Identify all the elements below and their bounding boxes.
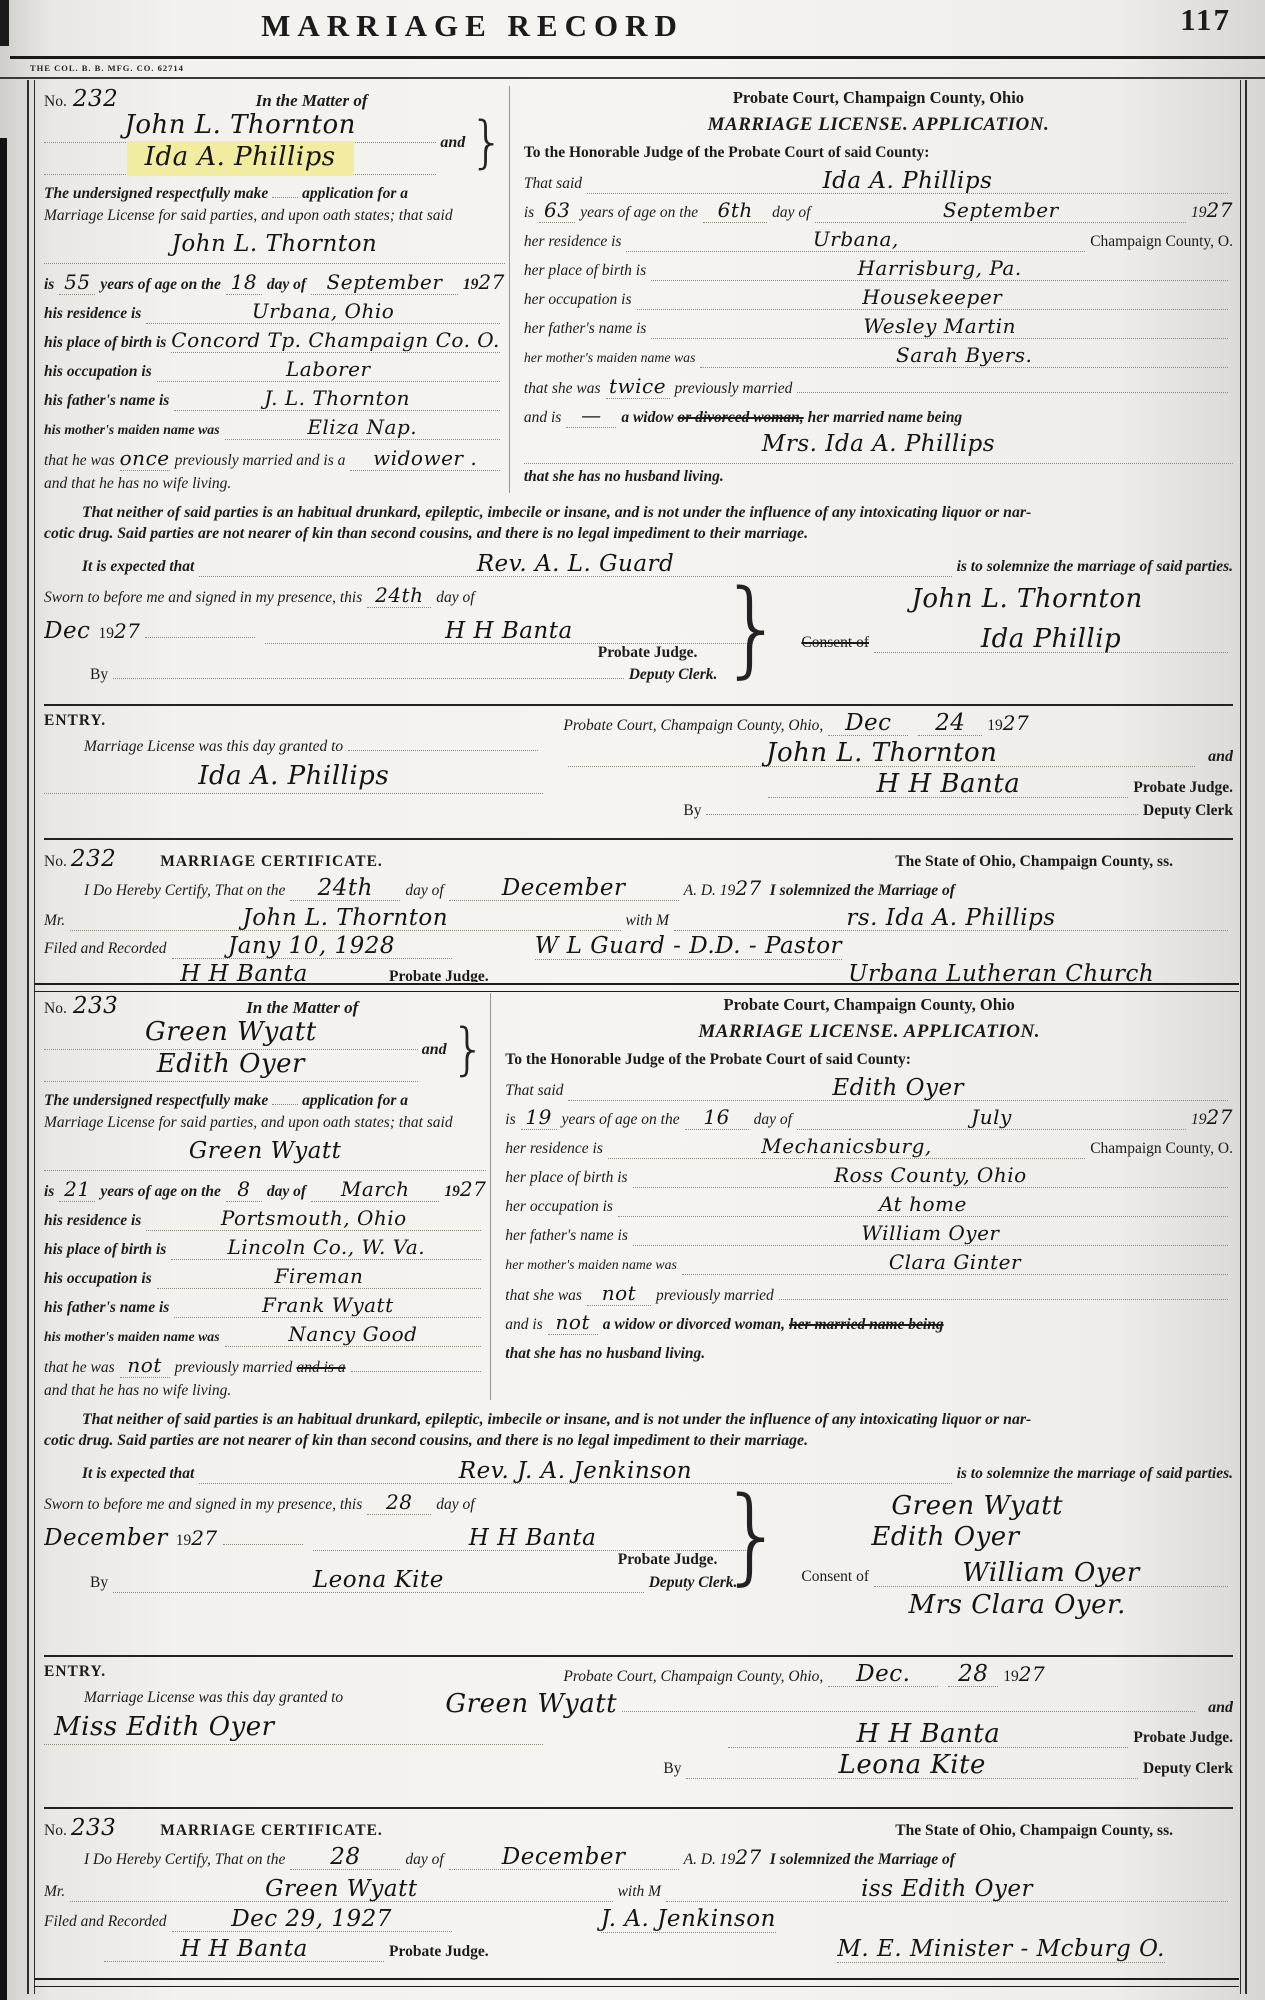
judge-sig-fill-233: H H Banta <box>313 1527 753 1551</box>
printer-mark: THE COL. B. B. MFG. CO. 62714 <box>30 63 184 73</box>
bride-residence-row-232: her residence is Urbana, Champaign Count… <box>524 229 1233 252</box>
groom-age-row-232: is 55 years of age on the 18 day of Sept… <box>44 272 505 295</box>
by-row-232: By Deputy Clerk. <box>44 666 757 684</box>
by-row-233: By Leona Kite Deputy Clerk. <box>44 1569 757 1593</box>
matter-head-232: No. 232 In the Matter of <box>44 88 505 111</box>
groom-birth-month-233: March <box>341 1177 410 1201</box>
consent-signature-2: Mrs Clara Oyer. <box>909 1590 1126 1620</box>
is-label-2: is <box>524 204 534 222</box>
probate-judge-caption-row-232: Probate Judge. <box>44 644 757 662</box>
undersigned-text-c-233: Marriage License for said parties, and u… <box>44 1114 453 1131</box>
minister-name: Rev. A. L. Guard <box>477 551 675 577</box>
his-mother-label-233: his mother's maiden name was <box>44 1329 220 1345</box>
application-columns-232: No. 232 In the Matter of John L. Thornto… <box>44 86 1233 493</box>
bride-occupation: Housekeeper <box>862 285 1002 309</box>
her-residence-label: her residence is <box>524 233 622 251</box>
frame-left-outer <box>27 80 29 1994</box>
her-residence-fill: Urbana, <box>626 229 1085 252</box>
bride-birth-month-233: July <box>971 1105 1012 1129</box>
groom-father-name: J. L. Thornton <box>264 386 410 410</box>
years-label-2: years of age on the <box>580 204 698 222</box>
solemnized-label: I solemnized the Marriage of <box>770 882 955 900</box>
bride-age-fill-233: 19 <box>521 1107 557 1130</box>
groom-father-name-233: Frank Wyatt <box>262 1293 394 1317</box>
certify-label: I Do Hereby Certify, That on the <box>44 882 285 900</box>
blank-fill-233 <box>272 1104 298 1105</box>
entry-groom-fill: John L. Thornton <box>568 740 1195 767</box>
sworn-block-232: } Sworn to before me and signed in my pr… <box>44 585 783 684</box>
minister-fill: Rev. A. L. Guard <box>199 553 951 577</box>
cert-bride-fill-233: iss Edith Oyer <box>666 1878 1228 1902</box>
sworn-row-232: Sworn to before me and signed in my pres… <box>44 585 757 608</box>
entry-date-month: Dec <box>845 710 891 736</box>
cert-probate-judge-label-233: Probate Judge. <box>389 1943 489 1961</box>
that-said-label: That said <box>524 175 582 193</box>
he-was-fill: once <box>120 448 170 471</box>
marriage-record-page: MARRIAGE RECORD 117 THE COL. B. B. MFG. … <box>0 0 1265 2000</box>
cert-month-233: December <box>502 1844 626 1870</box>
groom-signature-233: Green Wyatt <box>891 1491 1063 1521</box>
bride-birthplace-row-233: her place of birth is Ross County, Ohio <box>505 1165 1233 1188</box>
bride-day-fill-233: 16 <box>685 1107 749 1130</box>
entry-judge-row-233: H H Banta Probate Judge. <box>563 1721 1233 1748</box>
court-header-233: Probate Court, Champaign County, Ohio <box>505 995 1233 1015</box>
his-residence-fill-233: Portsmouth, Ohio <box>146 1208 481 1231</box>
consent-of-label-struck: Consent of <box>801 634 869 652</box>
application-paragraph-232: The undersigned respectfully make applic… <box>44 183 505 228</box>
bride-signature: Ida Phillip <box>981 624 1121 654</box>
groom-signature: John L. Thornton <box>911 584 1142 614</box>
affidavit-line-1-233: That neither of said parties is an habit… <box>44 1410 1233 1431</box>
sworn-month: Dec <box>44 620 90 643</box>
sworn-day-233: 28 <box>386 1490 412 1514</box>
entry-by-label: By <box>563 802 701 820</box>
no-label: No. <box>44 93 67 111</box>
undersigned-text-a-233: The undersigned respectfully make <box>44 1092 268 1109</box>
that-said-row-232: That said Ida A. Phillips <box>524 170 1233 194</box>
groom-occupation-233: Fireman <box>275 1264 364 1288</box>
bride-birth-year-233: 27 <box>1207 1107 1233 1127</box>
bride-signature-233: Edith Oyer <box>871 1522 1019 1552</box>
age-fill: 55 <box>59 272 95 295</box>
a-widow-label: a widow <box>621 409 673 427</box>
his-occupation-label-233: his occupation is <box>44 1270 152 1288</box>
brace-glyph-233: } <box>451 1028 487 1073</box>
groom-birth-month: September <box>327 270 443 294</box>
no-husband-line-233: that she has no husband living. <box>505 1345 1233 1363</box>
month-fill-233: March <box>311 1179 439 1202</box>
groom-column-232: No. 232 In the Matter of John L. Thornto… <box>44 86 509 493</box>
and-brace-232: and } <box>436 121 505 166</box>
prev-married-label-2-233: previously married <box>656 1287 774 1305</box>
affidavit-paragraph-233: That neither of said parties is an habit… <box>44 1410 1233 1452</box>
officiant-line-233: J. A. Jenkinson <box>457 1908 921 1931</box>
solemnized-label-233: I solemnized the Marriage of <box>770 1851 955 1869</box>
header-rule-top <box>10 56 1265 59</box>
bride-birth-year: 27 <box>1207 200 1233 220</box>
groom-prev-married-row-233: that he was not previously married and i… <box>44 1355 486 1378</box>
cert-groom-name-233: Green Wyatt <box>265 1876 418 1902</box>
cert-bride-name: rs. Ida A. Phillips <box>846 905 1055 931</box>
her-mother-fill-233: Clara Ginter <box>682 1252 1228 1275</box>
applicant-handwritten: John L. Thornton <box>172 231 378 257</box>
entry-and-label: and <box>1208 748 1233 766</box>
entry-232-layout: ENTRY. Marriage License was this day gra… <box>44 706 1233 820</box>
groom-age-233: 21 <box>64 1177 90 1201</box>
bride-age-fill: 63 <box>539 200 575 223</box>
her-father-label: her father's name is <box>524 320 647 338</box>
and-is-value-233: not <box>556 1310 590 1334</box>
bride-father-name: Wesley Martin <box>863 314 1016 338</box>
solemnize-row-233: It is expected that Rev. J. A. Jenkinson… <box>44 1460 1233 1484</box>
deputy-clerk-signature-233: Leona Kite <box>313 1567 444 1593</box>
cert-day-233: 28 <box>330 1844 360 1870</box>
entry-judge-row-232: H H Banta Probate Judge. <box>563 771 1233 798</box>
groom-age-row-233: is 21 years of age on the 8 day of March… <box>44 1179 486 1202</box>
his-residence-label-233: his residence is <box>44 1212 141 1230</box>
entry-label: ENTRY. <box>44 712 543 730</box>
and-is-label: and is <box>524 409 561 427</box>
entry-groom-signature: John L. Thornton <box>766 738 997 768</box>
mr-label-233: Mr. <box>44 1883 65 1901</box>
affidavit-line-1: That neither of said parties is an habit… <box>44 503 1233 524</box>
cert-day-fill-233: 28 <box>290 1846 400 1870</box>
groom-birthplace-233: Lincoln Co., W. Va. <box>227 1235 425 1259</box>
with-m-label: with M <box>626 912 670 930</box>
cert-groom-fill: John L. Thornton <box>70 907 620 931</box>
years-label: years of age on the <box>100 276 221 294</box>
cert-record-number-233: 233 <box>71 1815 116 1841</box>
sworn-month-233: December <box>44 1527 168 1550</box>
bride-residence-233: Mechanicsburg, <box>761 1134 931 1158</box>
church-line-232: Urbana Lutheran Church <box>769 963 1233 982</box>
undersigned-text-b: application for a <box>302 185 408 202</box>
no-husband-line-232: that she has no husband living. <box>524 468 1233 486</box>
day-of-label-2-233: day of <box>754 1111 792 1129</box>
entry-groom-row-232: John L. Thornton and <box>563 740 1233 767</box>
in-matter-label-233: In the Matter of <box>118 998 486 1018</box>
consent-signature-1: William Oyer <box>962 1558 1140 1588</box>
bride-age-row-233: is 19 years of age on the 16 day of July… <box>505 1107 1233 1130</box>
entry-date-fill: Dec <box>828 712 908 736</box>
and-label: and <box>440 134 465 152</box>
bride-column-233: Probate Court, Champaign County, Ohio MA… <box>490 993 1233 1400</box>
header-rule-bottom <box>0 77 1265 79</box>
bride-occupation-row-232: her occupation is Housekeeper <box>524 287 1233 310</box>
entry-judge-signature: H H Banta <box>877 769 1021 799</box>
entry-by-row-233: By Leona Kite Deputy Clerk <box>563 1752 1233 1779</box>
groom-occupation-row: his occupation is Laborer <box>44 359 505 382</box>
groom-residence-233: Portsmouth, Ohio <box>221 1206 407 1230</box>
her-residence-label-233: her residence is <box>505 1140 603 1158</box>
entry-by-fill-233: Leona Kite <box>686 1752 1138 1779</box>
cert-232-header-row: No. 232 MARRIAGE CERTIFICATE. The State … <box>44 840 1233 871</box>
his-residence-label: his residence is <box>44 305 141 323</box>
he-was-fill-233: not <box>120 1355 170 1378</box>
granted-label-233: Marriage License was this day granted to <box>44 1689 343 1707</box>
groom-name-line: John L. Thornton <box>44 111 436 143</box>
her-occupation-fill-233: At home <box>618 1194 1228 1217</box>
widow-row-232: and is — a widow or divorced woman, her … <box>524 405 1233 428</box>
consent-row-233: Consent of William Oyer <box>801 1560 1233 1587</box>
cert-judge-signature: H H Banta <box>180 961 308 982</box>
year-19-label: 19 <box>463 276 479 294</box>
her-father-fill-233: William Oyer <box>633 1223 1228 1246</box>
frame-left-inner <box>34 80 35 1994</box>
no-label-233: No. <box>44 1000 67 1018</box>
by-label-233: By <box>44 1574 108 1592</box>
groom-signature-line-233: Green Wyatt <box>801 1492 1233 1523</box>
probate-judge-signature-233: H H Banta <box>469 1525 597 1551</box>
or-divorced-label-struck: or divorced woman, <box>677 409 803 427</box>
bride-prev-married-row-233: that she was not previously married <box>505 1283 1233 1306</box>
and-label-233: and <box>422 1041 447 1059</box>
party-names-232: John L. Thornton Ida A. Phillips <box>44 111 436 175</box>
by-fill <box>113 678 624 679</box>
her-occupation-label: her occupation is <box>524 291 632 309</box>
bride-name-value: Ida A. Phillips <box>823 168 993 194</box>
years-label-2-233: years of age on the <box>562 1111 680 1129</box>
entry-year-19-233: 19 <box>1003 1668 1019 1686</box>
state-ohio-label: The State of Ohio, Champaign County, ss. <box>895 853 1173 871</box>
record-233-application: No. 233 In the Matter of Green Wyatt Edi… <box>44 993 1233 1655</box>
sworn-year: 27 <box>114 621 140 641</box>
cert-title-233: MARRIAGE CERTIFICATE. <box>160 1822 383 1839</box>
expected-label-233: It is expected that <box>44 1465 194 1483</box>
his-birth-label: his place of birth is <box>44 334 166 352</box>
page-title: MARRIAGE RECORD <box>0 8 945 44</box>
cert-filed-row-233: Filed and Recorded Dec 29, 1927 J. A. Je… <box>44 1908 1233 1932</box>
filed-label: Filed and Recorded <box>44 940 167 958</box>
bride-column-232: Probate Court, Champaign County, Ohio MA… <box>509 86 1233 493</box>
cert-no-label: No. <box>44 853 67 870</box>
sworn-label: Sworn to before me and signed in my pres… <box>44 589 362 607</box>
trailing-fill <box>797 392 1228 393</box>
applicant-name-line-233: Green Wyatt <box>44 1139 486 1171</box>
probate-judge-label-233: Probate Judge. <box>618 1551 718 1569</box>
scan-edge-left <box>0 138 7 2000</box>
groom-birthplace: Concord Tp. Champaign Co. O. <box>171 328 500 352</box>
bride-month-fill: September <box>815 200 1186 223</box>
bride-birth-day: 6th <box>718 198 753 222</box>
bride-age: 63 <box>544 198 570 222</box>
trailing-fill-233 <box>779 1299 1228 1300</box>
entry-date-fill-233: Dec. <box>828 1663 938 1687</box>
bride-name-fill: Ida A. Phillips <box>587 170 1228 194</box>
his-mother-label: his mother's maiden name was <box>44 422 220 438</box>
entry-court-row-232: Probate Court, Champaign County, Ohio, D… <box>563 712 1233 736</box>
his-father-fill-233: Frank Wyatt <box>174 1295 481 1318</box>
certify-label-233: I Do Hereby Certify, That on the <box>44 1851 285 1869</box>
entry-label-233: ENTRY. <box>44 1663 543 1681</box>
his-mother-fill-233: Nancy Good <box>225 1324 482 1347</box>
status-fill-233 <box>351 1371 482 1372</box>
and-is-fill-233: not <box>548 1312 598 1335</box>
his-mother-fill: Eliza Nap. <box>225 417 500 440</box>
bride-birthplace: Harrisburg, Pa. <box>857 256 1021 280</box>
entry-year-19: 19 <box>987 717 1003 735</box>
groom-name-line-233: Green Wyatt <box>44 1018 418 1050</box>
bride-birthplace-233: Ross County, Ohio <box>834 1163 1027 1187</box>
consent-row-232: Consent of Ida Phillip <box>801 626 1233 653</box>
sworn-date-sig-row-233: December 1927 H H Banta <box>44 1527 757 1551</box>
cert-groom-name: John L. Thornton <box>242 905 448 931</box>
groom-mother-name: Eliza Nap. <box>307 415 417 439</box>
sworn-row-233: Sworn to before me and signed in my pres… <box>44 1492 757 1515</box>
sworn-day-of-label: day of <box>436 589 474 607</box>
day-of-label-233: day of <box>267 1183 306 1201</box>
bride-name-value-233: Edith Oyer <box>832 1075 964 1101</box>
bride-prev-married-value-233: not <box>602 1281 636 1305</box>
minister-fill-233: Rev. J. A. Jenkinson <box>199 1460 951 1484</box>
entry-232: ENTRY. Marriage License was this day gra… <box>44 704 1233 838</box>
is-label-2-233: is <box>505 1111 515 1129</box>
officiant-line-232: W L Guard - D.D. - Pastor <box>457 935 921 958</box>
groom-birthplace-row-233: his place of birth is Lincoln Co., W. Va… <box>44 1237 486 1260</box>
probate-judge-label: Probate Judge. <box>598 644 698 662</box>
groom-occupation: Laborer <box>286 357 371 381</box>
brace-glyph: } <box>469 121 505 166</box>
groom-occupation-row-233: his occupation is Fireman <box>44 1266 486 1289</box>
consent-block-233: Green Wyatt Edith Oyer Consent of Willia… <box>783 1492 1233 1622</box>
bride-prev-married-row-232: that she was twice previously married <box>524 376 1233 399</box>
cert-judge-row-232: H H Banta Probate Judge. Urbana Lutheran… <box>44 963 1233 982</box>
entry-year: 27 <box>1003 713 1029 733</box>
cert-year-233: 27 <box>735 1847 761 1867</box>
filed-fill-233: Dec 29, 1927 <box>172 1908 452 1932</box>
her-occupation-label-233: her occupation is <box>505 1198 613 1216</box>
bride-occupation-233: At home <box>879 1192 967 1216</box>
champaign-county-label: Champaign County, O. <box>1090 233 1233 251</box>
granted-label: Marriage License was this day granted to <box>44 738 343 756</box>
or-divorced-label-233: or divorced woman, <box>659 1316 785 1334</box>
cert-233-header-row: No. 233 MARRIAGE CERTIFICATE. The State … <box>44 1809 1233 1840</box>
gap-fill-233 <box>223 1544 303 1545</box>
that-said-label-233: That said <box>505 1082 563 1100</box>
affidavit-line-2: cotic drug. Said parties are not nearer … <box>44 525 808 542</box>
groom-name-handwritten-233: Green Wyatt <box>145 1017 317 1047</box>
cert-month-fill: December <box>449 877 679 901</box>
applicant-name-line-232: John L. Thornton <box>44 232 505 264</box>
cert-certify-row-232: I Do Hereby Certify, That on the 24th da… <box>44 877 1233 901</box>
cert-year: 27 <box>735 878 761 898</box>
bride-day-fill: 6th <box>703 200 767 223</box>
her-mother-fill: Sarah Byers. <box>700 345 1228 368</box>
bride-sig-fill: Ida Phillip <box>874 626 1228 653</box>
cert-ad-label: A. D. 19 <box>684 882 736 900</box>
cert-day-fill: 24th <box>290 877 400 901</box>
bride-mother-name-233: Clara Ginter <box>889 1250 1021 1274</box>
cert-certify-row-233: I Do Hereby Certify, That on the 28 day … <box>44 1846 1233 1870</box>
frame-right-inner <box>1240 80 1241 1994</box>
year-19-label-2-233: 19 <box>1191 1111 1207 1129</box>
her-residence-fill-233: Mechanicsburg, <box>608 1136 1085 1159</box>
groom-name-handwritten: John L. Thornton <box>124 110 355 140</box>
record-232-application: No. 232 In the Matter of John L. Thornto… <box>44 86 1233 704</box>
cert-judge-fill-233: H H Banta <box>104 1938 384 1962</box>
entry-232-left: ENTRY. Marriage License was this day gra… <box>44 712 543 820</box>
her-father-label-233: her father's name is <box>505 1227 628 1245</box>
entry-date-day-233: 28 <box>958 1661 988 1687</box>
entry-judge-signature-233: H H Banta <box>857 1719 1001 1749</box>
entry-date-day: 24 <box>935 710 965 736</box>
granted-fill <box>348 750 538 751</box>
her-birth-fill-233: Ross County, Ohio <box>633 1165 1228 1188</box>
widow-row-233: and is not a widow or divorced woman, he… <box>505 1312 1233 1335</box>
groom-residence-row-233: his residence is Portsmouth, Ohio <box>44 1208 486 1231</box>
license-granted-to: Ida A. Phillips <box>198 761 389 791</box>
his-occupation-label: his occupation is <box>44 363 152 381</box>
mr-label: Mr. <box>44 912 65 930</box>
filed-date-233: Dec 29, 1927 <box>231 1906 392 1932</box>
entry-probate-judge-label-233: Probate Judge. <box>1133 1729 1233 1747</box>
bride-name-line-233: Edith Oyer <box>44 1050 418 1082</box>
groom-birthplace-row: his place of birth is Concord Tp. Champa… <box>44 330 505 353</box>
minister-name-233: Rev. J. A. Jenkinson <box>459 1458 692 1484</box>
groom-father-row-233: his father's name is Frank Wyatt <box>44 1295 486 1318</box>
married-name-being-label-struck-233: her married name being <box>789 1316 944 1334</box>
prev-married-label-233: previously married <box>175 1359 293 1377</box>
cert-couple-row-232: Mr. John L. Thornton with M rs. Ida A. P… <box>44 907 1233 931</box>
day-of-label: day of <box>267 276 306 294</box>
bride-name-fill-233: Edith Oyer <box>568 1077 1228 1101</box>
minister-title-233: M. E. Minister - Mcburg O. <box>837 1936 1165 1963</box>
bride-signature-line-233: Edith Oyer <box>801 1523 1233 1554</box>
that-said-row-233: That said Edith Oyer <box>505 1077 1233 1101</box>
his-birth-fill-233: Lincoln Co., W. Va. <box>171 1237 481 1260</box>
bride-mother-name: Sarah Byers. <box>896 343 1032 367</box>
groom-mother-row: his mother's maiden name was Eliza Nap. <box>44 417 505 440</box>
entry-day-fill-233: 28 <box>948 1663 998 1687</box>
cert-month: December <box>502 875 626 901</box>
filed-fill: Jany 10, 1928 <box>172 935 452 959</box>
cert-day: 24th <box>318 875 373 901</box>
groom-prev-married-value-233: not <box>127 1353 161 1377</box>
entry-groom-fill-233 <box>622 1711 1195 1712</box>
judge-sig-fill: H H Banta <box>265 620 752 644</box>
application-columns-233: No. 233 In the Matter of Green Wyatt Edi… <box>44 993 1233 1400</box>
married-name-being-label: her married name being <box>808 409 963 427</box>
blank-fill <box>272 197 298 198</box>
groom-residence: Urbana, Ohio <box>252 299 394 323</box>
entry-groom-row-233: Green Wyatt and <box>563 1691 1233 1717</box>
in-matter-label: In the Matter of <box>118 91 505 111</box>
record-number-233: 233 <box>73 995 118 1018</box>
bottom-rule <box>34 1978 1239 1987</box>
he-was-label: that he was <box>44 452 115 470</box>
sworn-consent-block-232: } Sworn to before me and signed in my pr… <box>44 585 1233 684</box>
expected-label: It is expected that <box>44 558 194 576</box>
day-fill-233: 8 <box>226 1179 262 1202</box>
minister-title-line-233: M. E. Minister - Mcburg O. <box>769 1938 1233 1961</box>
groom-marital-status: widower . <box>373 446 477 470</box>
cert-judge-fill: H H Banta <box>104 963 384 982</box>
bride-mother-row-233: her mother's maiden name was Clara Ginte… <box>505 1252 1233 1275</box>
bride-father-name-233: William Oyer <box>861 1221 999 1245</box>
probate-judge-signature: H H Banta <box>445 618 573 644</box>
cert-groom-fill-233: Green Wyatt <box>70 1878 612 1902</box>
cert-no-label-233: No. <box>44 1822 67 1839</box>
court-header-232: Probate Court, Champaign County, Ohio <box>524 88 1233 108</box>
cert-title: MARRIAGE CERTIFICATE. <box>160 853 383 870</box>
day-fill: 18 <box>226 272 262 295</box>
sworn-brace-233: } <box>719 1494 785 1577</box>
consent-signature-2-line: Mrs Clara Oyer. <box>801 1591 1233 1622</box>
solemnize-label: is to solemnize the marriage of said par… <box>957 558 1233 576</box>
deputy-clerk-label: Deputy Clerk. <box>629 666 718 684</box>
undersigned-text-c: Marriage License for said parties, and u… <box>44 207 453 224</box>
bride-month-fill-233: July <box>797 1107 1186 1130</box>
